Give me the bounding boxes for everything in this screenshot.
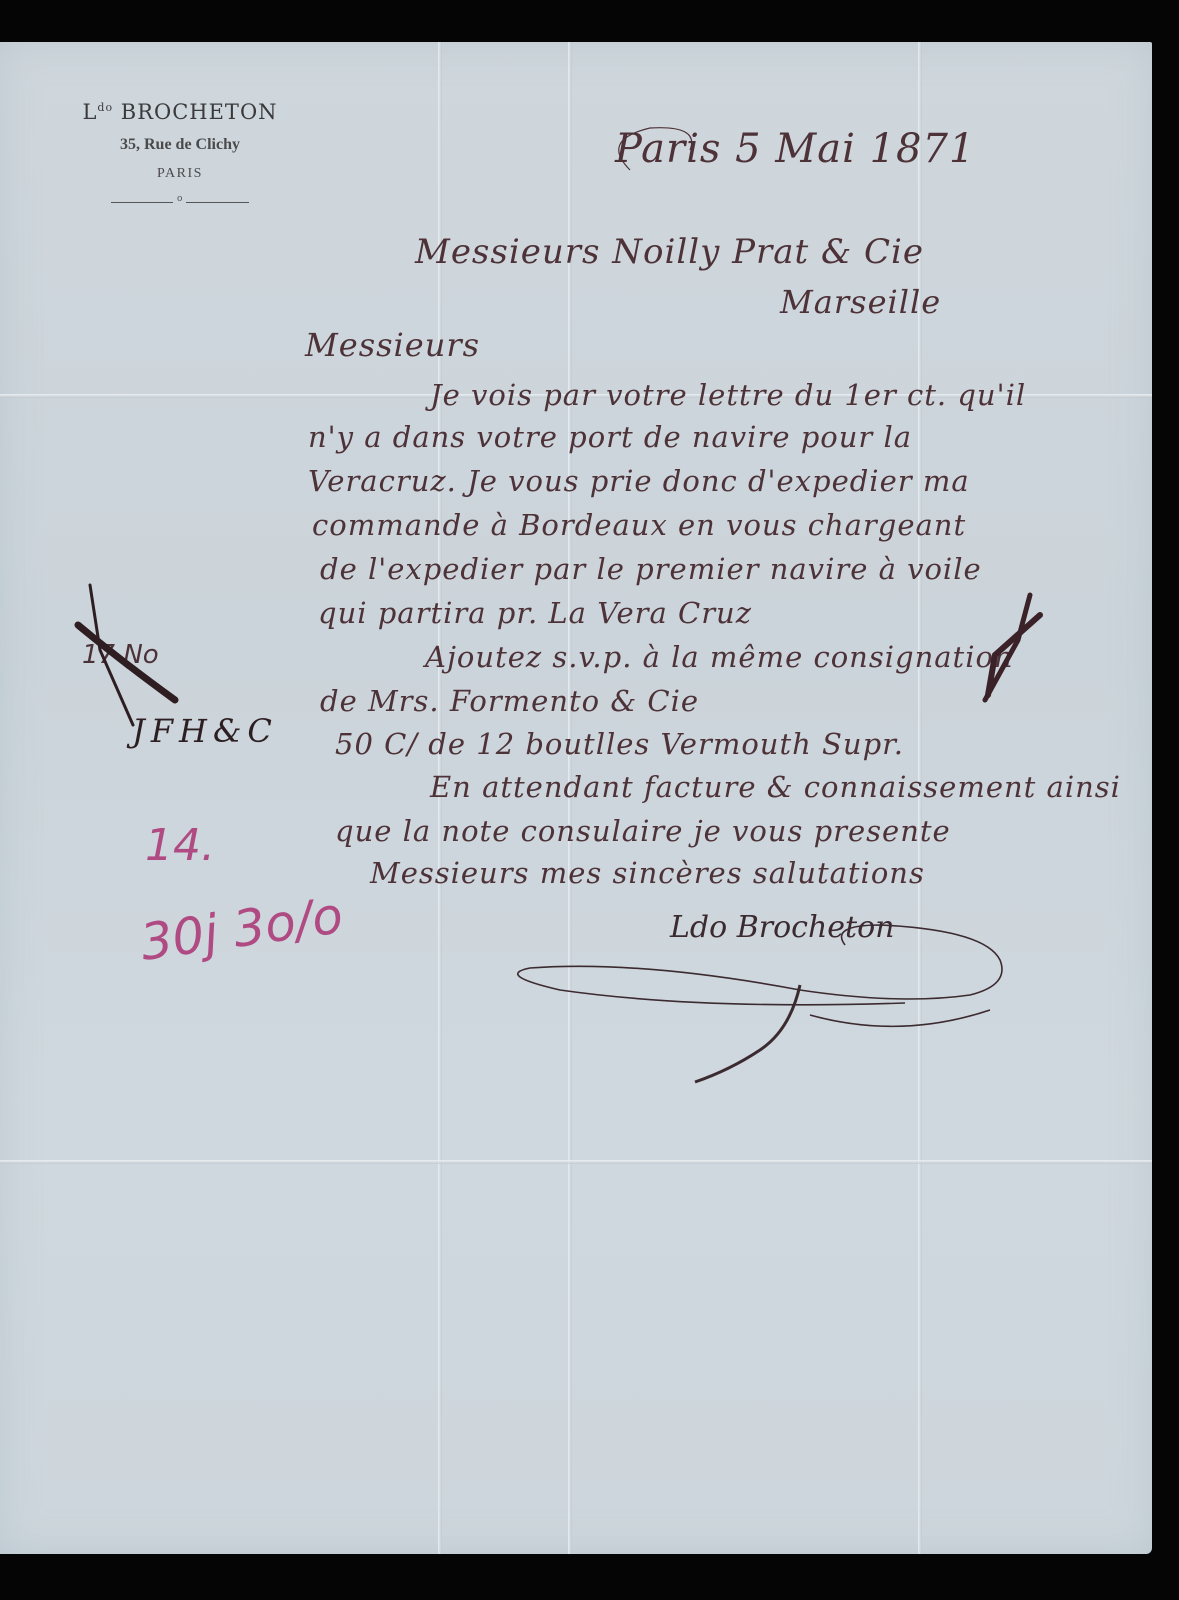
body-line: de l'expedier par le premier navire à vo…	[320, 552, 982, 586]
letterhead: Ldo BROCHETON 35, Rue de Clichy PARIS	[55, 100, 305, 203]
body-line: que la note consulaire je vous presente	[335, 814, 951, 848]
red-pencil-note: 14.	[145, 820, 215, 871]
body-line: En attendant facture & connaissement ain…	[430, 770, 1121, 804]
shipping-number: 17 No	[82, 640, 159, 670]
body-line: Je vois par votre lettre du 1er ct. qu'i…	[430, 378, 1026, 412]
body-line: commande à Bordeaux en vous chargeant	[312, 508, 966, 542]
body-line: 50 C/ de 12 boutlles Vermouth Supr.	[335, 727, 904, 761]
letterhead-street: 35, Rue de Clichy	[55, 136, 305, 154]
body-line: qui partira pr. La Vera Cruz	[318, 596, 752, 630]
shipping-mark-stamp: JFH&C	[132, 712, 278, 750]
letterhead-city: PARIS	[55, 166, 305, 182]
body-line: de Mrs. Formento & Cie	[320, 684, 699, 718]
addressee-city: Marseille	[780, 283, 941, 321]
letterhead-name: Ldo BROCHETON	[55, 100, 305, 124]
body-line: Veracruz. Je vous prie donc d'expedier m…	[308, 464, 970, 498]
addressee: Messieurs Noilly Prat & Cie	[415, 232, 924, 272]
salutation: Messieurs	[305, 326, 480, 364]
letterhead-divider	[111, 202, 249, 203]
body-line: Ajoutez s.v.p. à la même consignation	[425, 640, 1014, 674]
body-line: n'y a dans votre port de navire pour la	[308, 420, 912, 454]
body-line: Messieurs mes sincères salutations	[370, 856, 925, 890]
signature: Ldo Brocheton	[670, 910, 895, 945]
place-date: Paris 5 Mai 1871	[615, 126, 975, 172]
fold-line-horizontal	[0, 1160, 1152, 1164]
